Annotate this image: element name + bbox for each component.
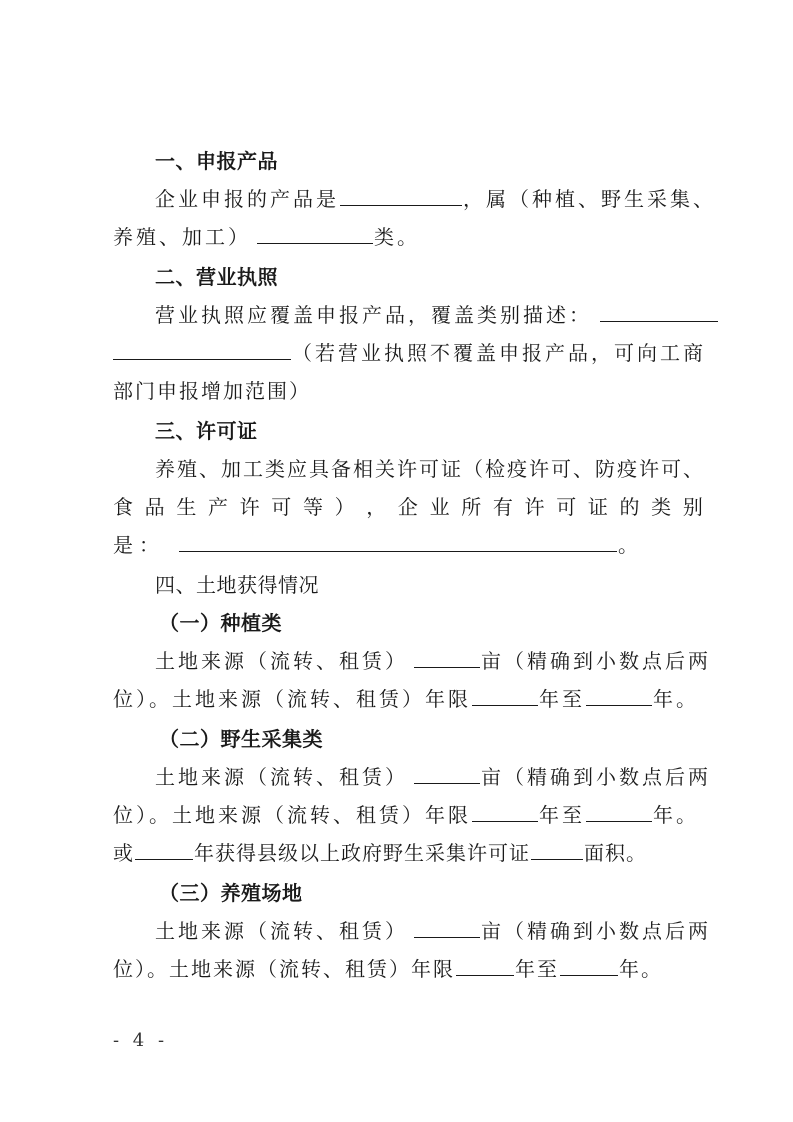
char: ， bbox=[366, 488, 386, 526]
char: 企 bbox=[398, 488, 418, 526]
planting-line-2: 位）。土地来源（流转、租赁）年限年至年。 bbox=[113, 680, 703, 718]
char: 类 bbox=[651, 488, 671, 526]
wild-collection-line-1: 土地来源（流转、租赁）亩（精确到小数点后两 bbox=[113, 758, 745, 796]
char: ） bbox=[335, 488, 355, 526]
section-heading-land-acquisition: 四、土地获得情况 bbox=[113, 566, 745, 604]
business-license-line-1: 营业执照应覆盖申报产品，覆盖类别描述： bbox=[113, 296, 745, 334]
text: 亩（精确到小数点后两 bbox=[481, 649, 711, 673]
section-heading-business-license: 二、营业执照 bbox=[113, 258, 745, 296]
char: 可 bbox=[271, 488, 291, 526]
text: 年。 bbox=[653, 687, 699, 711]
text: 土地来源（流转、租赁） bbox=[155, 765, 408, 789]
char: 所 bbox=[461, 488, 481, 526]
subsection-heading-breeding-site: （三）养殖场地 bbox=[113, 874, 749, 912]
section-heading-permits: 三、许可证 bbox=[113, 412, 745, 450]
char: 有 bbox=[493, 488, 513, 526]
char: 的 bbox=[620, 488, 640, 526]
char: 证 bbox=[588, 488, 608, 526]
business-license-line-3: 部门申报增加范围） bbox=[113, 372, 703, 410]
char: 等 bbox=[303, 488, 323, 526]
subsection-heading-wild-collection: （二）野生采集类 bbox=[113, 720, 749, 758]
product-category-blank[interactable] bbox=[257, 219, 373, 244]
text: 位）。土地来源（流转、租赁）年限 bbox=[113, 803, 471, 827]
text: 土地来源（流转、租赁） bbox=[155, 919, 408, 943]
wild-collection-area-blank[interactable] bbox=[414, 759, 480, 784]
text: 年获得县级以上政府野生采集许可证 bbox=[194, 841, 530, 865]
text: 企业申报的产品是 bbox=[155, 187, 339, 211]
breeding-site-area-blank[interactable] bbox=[414, 913, 480, 938]
text: 年至 bbox=[515, 957, 559, 981]
planting-start-year-blank[interactable] bbox=[472, 681, 538, 706]
permit-year-blank[interactable] bbox=[135, 835, 193, 860]
text: 年。 bbox=[619, 957, 663, 981]
text: 养殖、加工） bbox=[113, 225, 251, 249]
char: 产 bbox=[208, 488, 228, 526]
text: 或 bbox=[113, 841, 134, 865]
license-coverage-blank-2[interactable] bbox=[113, 335, 291, 360]
declared-product-line-2: 养殖、加工）类。 bbox=[113, 218, 703, 256]
text: 面积。 bbox=[584, 841, 647, 865]
text: （若营业执照不覆盖申报产品，可向工商 bbox=[292, 341, 706, 365]
planting-area-blank[interactable] bbox=[414, 643, 480, 668]
text: 土地来源（流转、租赁） bbox=[155, 649, 408, 673]
text: 位）。土地来源（流转、租赁）年限 bbox=[113, 687, 471, 711]
text: 类。 bbox=[374, 225, 420, 249]
text: 位）。土地来源（流转、租赁）年限 bbox=[113, 957, 455, 981]
wild-collection-end-year-blank[interactable] bbox=[586, 797, 652, 822]
license-coverage-blank-1[interactable] bbox=[600, 297, 718, 322]
business-license-line-2: （若营业执照不覆盖申报产品，可向工商 bbox=[113, 334, 703, 372]
product-name-blank[interactable] bbox=[340, 181, 462, 206]
breeding-site-end-year-blank[interactable] bbox=[560, 951, 618, 976]
text: 亩（精确到小数点后两 bbox=[481, 919, 711, 943]
char: 食 bbox=[113, 488, 133, 526]
text: 亩（精确到小数点后两 bbox=[481, 765, 711, 789]
section-heading-declared-product: 一、申报产品 bbox=[113, 142, 745, 180]
declared-product-line-1: 企业申报的产品是，属（种植、野生采集、 bbox=[113, 180, 745, 218]
planting-end-year-blank[interactable] bbox=[586, 681, 652, 706]
char: 别 bbox=[683, 488, 703, 526]
page-number: - 4 - bbox=[113, 1030, 168, 1051]
wild-collection-line-2: 位）。土地来源（流转、租赁）年限年至年。 bbox=[113, 796, 703, 834]
permits-line-2: 食 品 生 产 许 可 等 ） ， 企 业 所 有 许 可 证 的 类 别 bbox=[113, 488, 703, 526]
permit-area-blank[interactable] bbox=[531, 835, 583, 860]
text: ，属（种植、野生采集、 bbox=[463, 187, 716, 211]
char: 可 bbox=[556, 488, 576, 526]
char: 品 bbox=[145, 488, 165, 526]
text: 是： bbox=[113, 533, 165, 557]
text: 年至 bbox=[539, 687, 585, 711]
wild-collection-line-3: 或年获得县级以上政府野生采集许可证面积。 bbox=[113, 834, 703, 872]
planting-line-1: 土地来源（流转、租赁）亩（精确到小数点后两 bbox=[113, 642, 745, 680]
char: 许 bbox=[240, 488, 260, 526]
text: 年。 bbox=[653, 803, 699, 827]
permits-line-3: 是：。 bbox=[113, 526, 703, 564]
breeding-site-start-year-blank[interactable] bbox=[456, 951, 514, 976]
char: 业 bbox=[430, 488, 450, 526]
char: 许 bbox=[525, 488, 545, 526]
permit-types-blank[interactable] bbox=[179, 527, 617, 552]
breeding-site-line-2: 位）。土地来源（流转、租赁）年限年至年。 bbox=[113, 950, 703, 988]
breeding-site-line-1: 土地来源（流转、租赁）亩（精确到小数点后两 bbox=[113, 912, 745, 950]
text: 。 bbox=[618, 533, 644, 557]
text: 营业执照应覆盖申报产品，覆盖类别描述： bbox=[155, 303, 592, 327]
wild-collection-start-year-blank[interactable] bbox=[472, 797, 538, 822]
subsection-heading-planting: （一）种植类 bbox=[113, 604, 749, 642]
permits-line-1: 养殖、加工类应具备相关许可证（检疫许可、防疫许可、 bbox=[113, 450, 745, 488]
text: 年至 bbox=[539, 803, 585, 827]
char: 生 bbox=[176, 488, 196, 526]
